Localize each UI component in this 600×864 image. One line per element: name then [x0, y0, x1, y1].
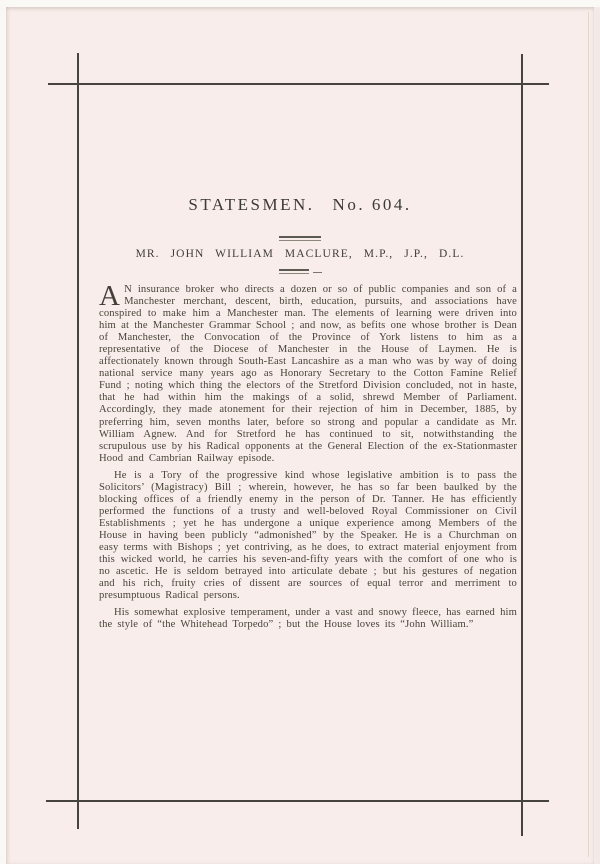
border-rule-bottom — [46, 800, 549, 802]
scanner-margin-top — [0, 0, 600, 7]
paragraph-1: AN insurance broker who directs a dozen … — [99, 284, 517, 465]
border-rule-right — [521, 54, 523, 836]
paragraph-1-text: N insurance broker who directs a dozen o… — [99, 284, 517, 464]
title-divider-rule — [279, 236, 321, 241]
page-edge-shadow — [588, 12, 589, 857]
border-rule-left — [77, 53, 79, 829]
issue-number: No. 604. — [333, 195, 412, 214]
article-body: AN insurance broker who directs a dozen … — [99, 284, 517, 631]
subject-divider-dash — [313, 272, 322, 273]
paragraph-2: He is a Tory of the progressive kind who… — [99, 470, 517, 603]
border-rule-top — [48, 83, 549, 85]
paragraph-3: His somewhat explosive temperament, unde… — [99, 607, 517, 631]
series-title: STATESMEN.No. 604. — [90, 195, 510, 215]
series-title-text: STATESMEN. — [188, 195, 314, 214]
drop-cap: A — [99, 284, 124, 307]
subject-name-heading: MR. JOHN WILLIAM MACLURE, M.P., J.P., D.… — [90, 248, 510, 260]
subject-divider-rule — [276, 269, 324, 274]
subject-divider-double-rule — [279, 269, 309, 274]
